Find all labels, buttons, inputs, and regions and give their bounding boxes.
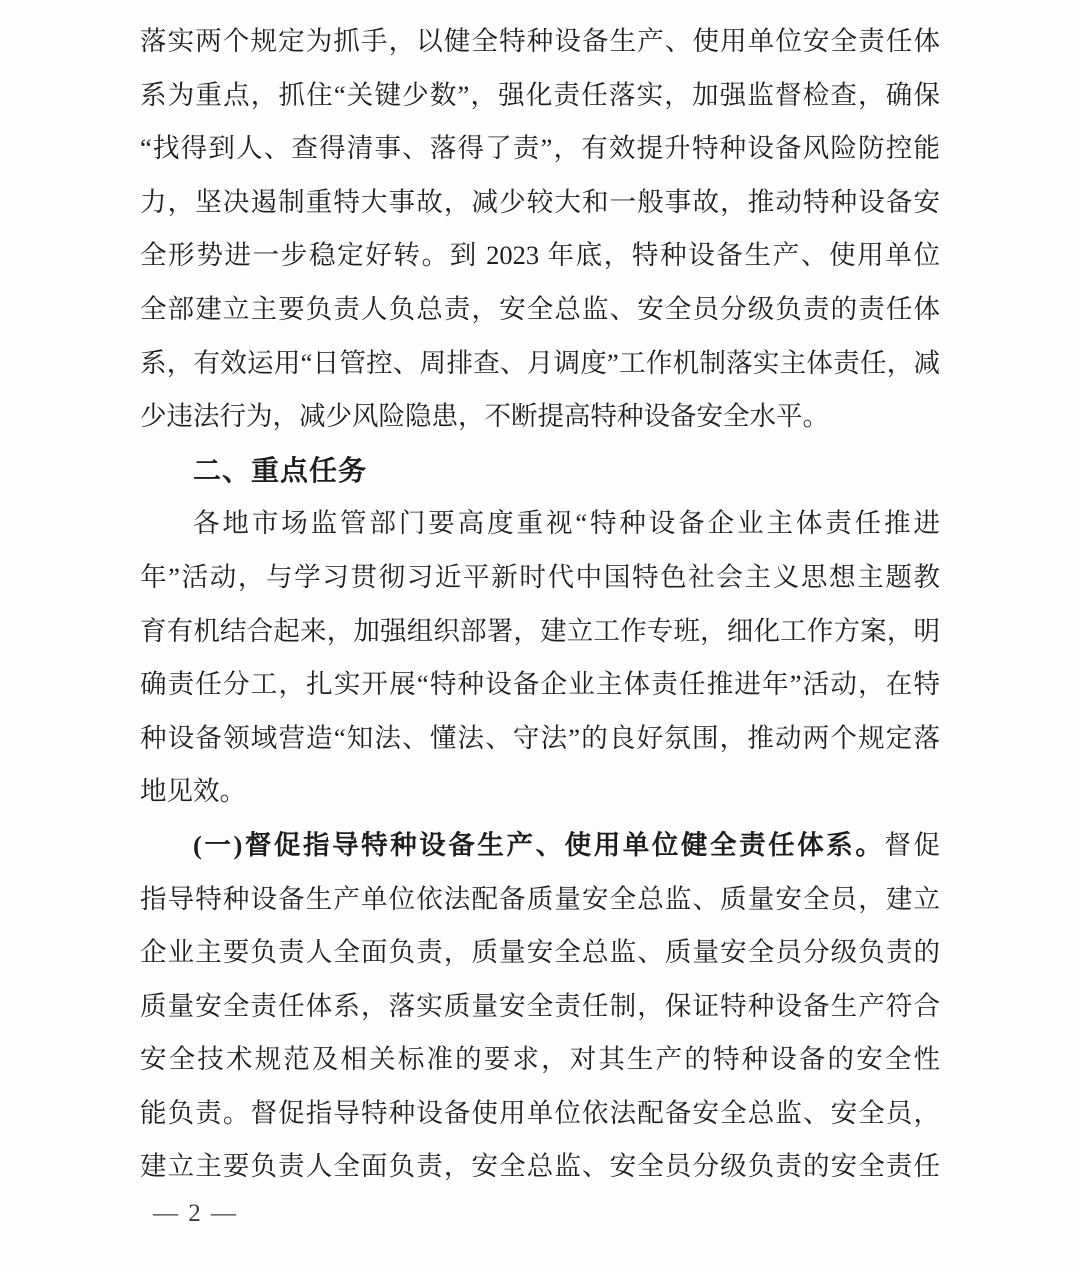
text-line: 力，坚决遏制重特大事故，减少较大和一般事故，推动特种设备安 (140, 176, 940, 230)
paragraph-end-line: 少违法行为，减少风险隐患，不断提高特种设备安全水平。 (140, 390, 940, 444)
section-heading: 二、重点任务 (140, 444, 940, 498)
text-line: 确责任分工，扎实开展“特种设备企业主体责任推进年”活动，在特 (140, 658, 940, 712)
document-body: 落实两个规定为抓手，以健全特种设备生产、使用单位安全责任体 系为重点，抓住“关键… (140, 15, 940, 1194)
text-line: 种设备领域营造“知法、懂法、守法”的良好氛围，推动两个规定落 (140, 712, 940, 766)
text-line: 企业主要负责人全面负责，质量安全总监、质量安全员分级负责的 (140, 926, 940, 980)
text-line: 建立主要负责人全面负责，安全总监、安全员分级负责的安全责任 (140, 1140, 940, 1194)
text-line: 质量安全责任体系，落实质量安全责任制，保证特种设备生产符合 (140, 980, 940, 1034)
text-line: 落实两个规定为抓手，以健全特种设备生产、使用单位安全责任体 (140, 15, 940, 69)
page-number: — 2 — (153, 1198, 238, 1230)
text-line: 系为重点，抓住“关键少数”，强化责任落实，加强监督检查，确保 (140, 69, 940, 123)
item-heading-line: (一)督促指导特种设备生产、使用单位健全责任体系。督促 (140, 819, 940, 873)
item-heading-normal-run: 督促 (884, 830, 940, 860)
text-line: 系，有效运用“日管控、周排查、月调度”工作机制落实主体责任，减 (140, 337, 940, 391)
text-line: 指导特种设备生产单位依法配备质量安全总监、质量安全员，建立 (140, 873, 940, 927)
item-heading-bold-run: (一)督促指导特种设备生产、使用单位健全责任体系。 (193, 830, 884, 860)
document-page: 落实两个规定为抓手，以健全特种设备生产、使用单位安全责任体 系为重点，抓住“关键… (0, 0, 1080, 1272)
text-line: 全形势进一步稳定好转。到 2023 年底，特种设备生产、使用单位 (140, 229, 940, 283)
text-line: 年”活动，与学习贯彻习近平新时代中国特色社会主义思想主题教 (140, 551, 940, 605)
paragraph-end-line: 地见效。 (140, 765, 940, 819)
text-line: 能负责。督促指导特种设备使用单位依法配备安全总监、安全员， (140, 1087, 940, 1141)
text-line: 育有机结合起来，加强组织部署，建立工作专班，细化工作方案，明 (140, 605, 940, 659)
paragraph-first-line: 各地市场监管部门要高度重视“特种设备企业主体责任推进 (140, 497, 940, 551)
text-line: 安全技术规范及相关标准的要求，对其生产的特种设备的安全性 (140, 1033, 940, 1087)
text-line: 全部建立主要负责人负总责，安全总监、安全员分级负责的责任体 (140, 283, 940, 337)
text-line: “找得到人、查得清事、落得了责”，有效提升特种设备风险防控能 (140, 122, 940, 176)
